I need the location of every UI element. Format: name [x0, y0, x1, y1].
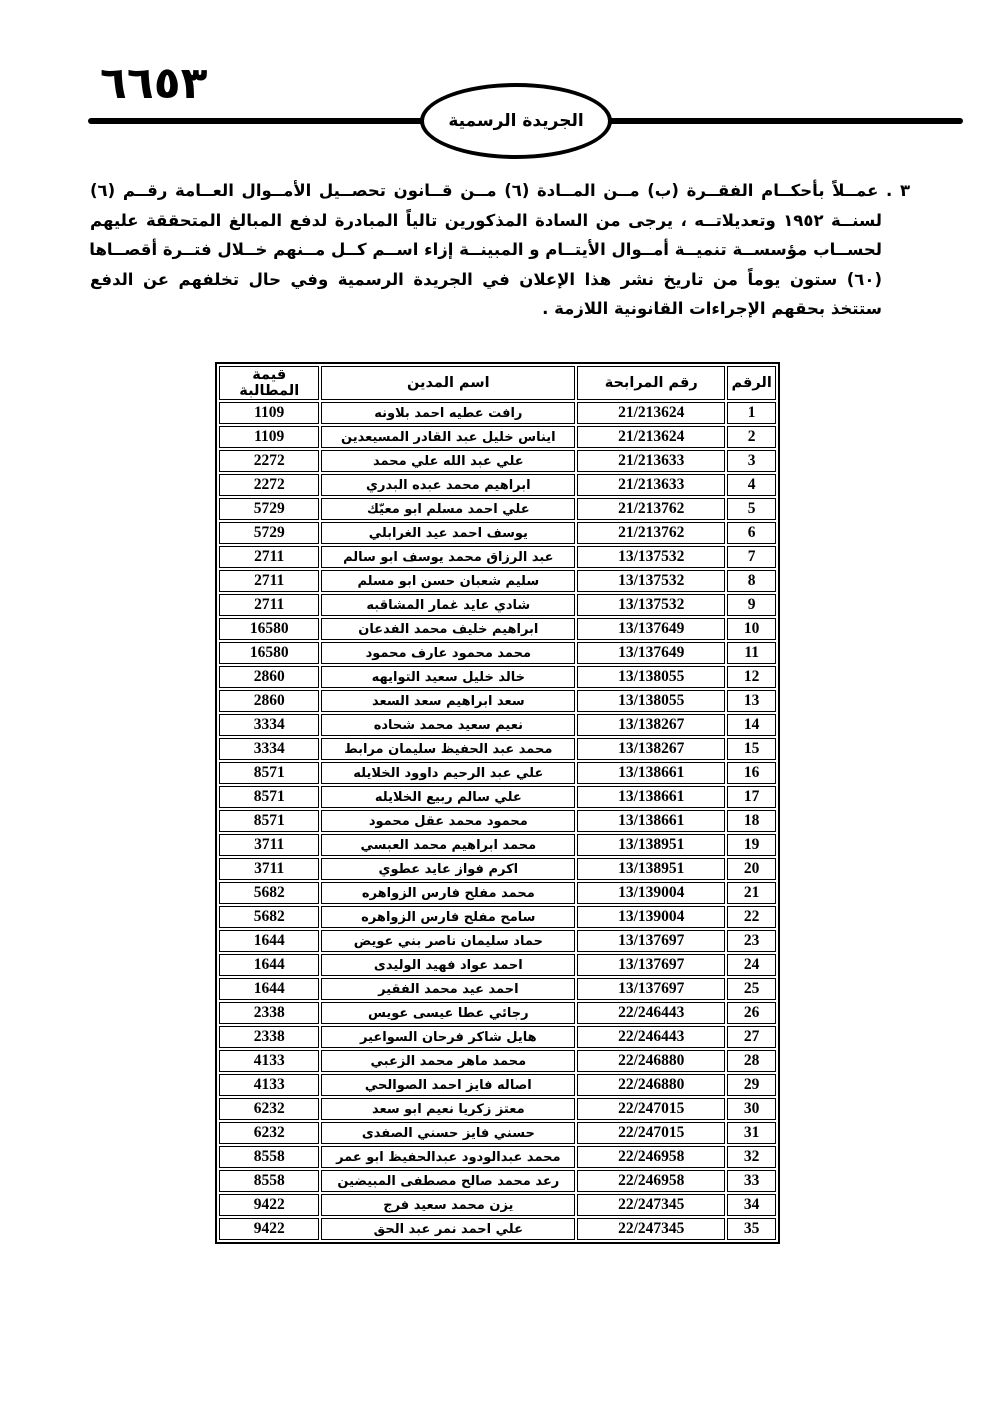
- cell-serial: 1: [727, 402, 776, 424]
- cell-debtor-name: خالد خليل سعيد التوايهه: [321, 666, 575, 688]
- table-row: 10 13/137649 ابراهيم خليف محمد الفدعان 1…: [219, 618, 776, 640]
- cell-debtor-name: علي احمد نمر عبد الحق: [321, 1218, 575, 1240]
- cell-murabaha-number: 13/137532: [577, 594, 725, 616]
- cell-debtor-name: سامح مفلح فارس الزواهره: [321, 906, 575, 928]
- cell-murabaha-number: 13/138951: [577, 858, 725, 880]
- cell-debtor-name: علي سالم ربيع الخلايله: [321, 786, 575, 808]
- cell-claim-value: 2272: [219, 450, 319, 472]
- table-row: 7 13/137532 عبد الرزاق محمد يوسف ابو سال…: [219, 546, 776, 568]
- cell-murabaha-number: 22/247345: [577, 1218, 725, 1240]
- table-row: 5 21/213762 علي احمد مسلم ابو معيّك 5729: [219, 498, 776, 520]
- header-murabaha-number: رقم المرابحة: [577, 366, 725, 400]
- cell-debtor-name: سعد ابراهيم سعد السعد: [321, 690, 575, 712]
- cell-claim-value: 8571: [219, 762, 319, 784]
- cell-debtor-name: محمد مفلح فارس الزواهره: [321, 882, 575, 904]
- cell-serial: 28: [727, 1050, 776, 1072]
- cell-claim-value: 1644: [219, 954, 319, 976]
- cell-murabaha-number: 13/138055: [577, 666, 725, 688]
- table-row: 12 13/138055 خالد خليل سعيد التوايهه 286…: [219, 666, 776, 688]
- cell-debtor-name: محمود محمد عقل محمود: [321, 810, 575, 832]
- cell-claim-value: 8558: [219, 1146, 319, 1168]
- cell-serial: 26: [727, 1002, 776, 1024]
- cell-murabaha-number: 13/137697: [577, 930, 725, 952]
- cell-serial: 24: [727, 954, 776, 976]
- cell-serial: 30: [727, 1098, 776, 1120]
- table-row: 15 13/138267 محمد عبد الحفيظ سليمان مراب…: [219, 738, 776, 760]
- cell-murabaha-number: 22/246443: [577, 1002, 725, 1024]
- cell-murabaha-number: 13/138267: [577, 714, 725, 736]
- cell-debtor-name: محمد محمود عارف محمود: [321, 642, 575, 664]
- cell-debtor-name: اصاله فايز احمد الصوالحي: [321, 1074, 575, 1096]
- cell-claim-value: 2711: [219, 570, 319, 592]
- cell-serial: 19: [727, 834, 776, 856]
- cell-claim-value: 4133: [219, 1074, 319, 1096]
- cell-claim-value: 5729: [219, 522, 319, 544]
- cell-claim-value: 2860: [219, 690, 319, 712]
- cell-serial: 13: [727, 690, 776, 712]
- cell-murabaha-number: 22/247015: [577, 1122, 725, 1144]
- cell-claim-value: 16580: [219, 642, 319, 664]
- table-row: 29 22/246880 اصاله فايز احمد الصوالحي 41…: [219, 1074, 776, 1096]
- cell-serial: 12: [727, 666, 776, 688]
- notice-line: لسنــة ١٩٥٢ وتعديلاتــه ، يرجى من السادة…: [90, 206, 910, 236]
- cell-debtor-name: معتز زكريا نعيم ابو سعد: [321, 1098, 575, 1120]
- table-row: 26 22/246443 رجائي عطا عيسى عويس 2338: [219, 1002, 776, 1024]
- cell-serial: 4: [727, 474, 776, 496]
- cell-serial: 16: [727, 762, 776, 784]
- gazette-title-badge: الجريدة الرسمية: [420, 83, 612, 159]
- cell-serial: 18: [727, 810, 776, 832]
- cell-murabaha-number: 22/247345: [577, 1194, 725, 1216]
- cell-debtor-name: محمد ماهر محمد الزعبي: [321, 1050, 575, 1072]
- cell-murabaha-number: 13/138267: [577, 738, 725, 760]
- cell-claim-value: 5682: [219, 882, 319, 904]
- cell-serial: 23: [727, 930, 776, 952]
- cell-debtor-name: ابراهيم محمد عبده البدري: [321, 474, 575, 496]
- cell-murabaha-number: 13/137649: [577, 642, 725, 664]
- cell-debtor-name: يوسف احمد عيد الغرابلي: [321, 522, 575, 544]
- cell-claim-value: 4133: [219, 1050, 319, 1072]
- cell-claim-value: 6232: [219, 1098, 319, 1120]
- cell-claim-value: 16580: [219, 618, 319, 640]
- cell-debtor-name: يزن محمد سعيد فرج: [321, 1194, 575, 1216]
- cell-serial: 15: [727, 738, 776, 760]
- table-row: 3 21/213633 علي عبد الله علي محمد 2272: [219, 450, 776, 472]
- cell-debtor-name: محمد ابراهيم محمد العبسي: [321, 834, 575, 856]
- cell-serial: 7: [727, 546, 776, 568]
- cell-serial: 5: [727, 498, 776, 520]
- cell-serial: 9: [727, 594, 776, 616]
- cell-murabaha-number: 22/246958: [577, 1146, 725, 1168]
- cell-debtor-name: سليم شعبان حسن ابو مسلم: [321, 570, 575, 592]
- table-row: 23 13/137697 حماد سليمان ناصر بني عويض 1…: [219, 930, 776, 952]
- cell-murabaha-number: 22/246880: [577, 1074, 725, 1096]
- table-row: 22 13/139004 سامح مفلح فارس الزواهره 568…: [219, 906, 776, 928]
- cell-claim-value: 2272: [219, 474, 319, 496]
- cell-debtor-name: رافت عطيه احمد بلاونه: [321, 402, 575, 424]
- cell-debtor-name: ابراهيم خليف محمد الفدعان: [321, 618, 575, 640]
- table-row: 25 13/137697 احمد عيد محمد الفقير 1644: [219, 978, 776, 1000]
- cell-debtor-name: حسني فايز حسني الصفدى: [321, 1122, 575, 1144]
- cell-serial: 8: [727, 570, 776, 592]
- cell-murabaha-number: 13/137532: [577, 570, 725, 592]
- cell-murabaha-number: 21/213624: [577, 402, 725, 424]
- cell-debtor-name: هايل شاكر فرحان السواعير: [321, 1026, 575, 1048]
- table-row: 34 22/247345 يزن محمد سعيد فرج 9422: [219, 1194, 776, 1216]
- cell-debtor-name: محمد عبد الحفيظ سليمان مرابط: [321, 738, 575, 760]
- cell-claim-value: 1109: [219, 426, 319, 448]
- table-header-row: الرقم رقم المرابحة اسم المدين قيمة المطا…: [219, 366, 776, 400]
- table-row: 35 22/247345 علي احمد نمر عبد الحق 9422: [219, 1218, 776, 1240]
- cell-claim-value: 5729: [219, 498, 319, 520]
- cell-murabaha-number: 22/246880: [577, 1050, 725, 1072]
- table-row: 18 13/138661 محمود محمد عقل محمود 8571: [219, 810, 776, 832]
- cell-debtor-name: ايناس خليل عبد القادر المسيعدين: [321, 426, 575, 448]
- cell-claim-value: 9422: [219, 1218, 319, 1240]
- cell-murabaha-number: 21/213762: [577, 522, 725, 544]
- cell-serial: 17: [727, 786, 776, 808]
- cell-claim-value: 8571: [219, 786, 319, 808]
- cell-claim-value: 1109: [219, 402, 319, 424]
- cell-serial: 2: [727, 426, 776, 448]
- notice-paragraph: ٣ . عمــلاً بأحكــام الفقــرة (ب) مــن ا…: [90, 176, 910, 324]
- cell-murabaha-number: 21/213624: [577, 426, 725, 448]
- cell-debtor-name: رجائي عطا عيسى عويس: [321, 1002, 575, 1024]
- cell-debtor-name: اكرم فواز عايد عطوي: [321, 858, 575, 880]
- header-claim-value: قيمة المطالبة: [219, 366, 319, 400]
- cell-murabaha-number: 21/213633: [577, 474, 725, 496]
- header-debtor-name: اسم المدين: [321, 366, 575, 400]
- gazette-page: ٦٦٥٣ الجريدة الرسمية ٣ . عمــلاً بأحكــا…: [0, 0, 1000, 1413]
- cell-serial: 10: [727, 618, 776, 640]
- cell-claim-value: 2860: [219, 666, 319, 688]
- table-row: 31 22/247015 حسني فايز حسني الصفدى 6232: [219, 1122, 776, 1144]
- cell-serial: 34: [727, 1194, 776, 1216]
- table-row: 32 22/246958 محمد عبدالودود عبدالحفيظ اب…: [219, 1146, 776, 1168]
- cell-murabaha-number: 21/213633: [577, 450, 725, 472]
- table-row: 24 13/137697 احمد عواد فهيد الوليدى 1644: [219, 954, 776, 976]
- cell-murabaha-number: 13/138661: [577, 762, 725, 784]
- cell-debtor-name: عبد الرزاق محمد يوسف ابو سالم: [321, 546, 575, 568]
- table-row: 33 22/246958 رعد محمد صالح مصطفى المبيضي…: [219, 1170, 776, 1192]
- cell-murabaha-number: 21/213762: [577, 498, 725, 520]
- cell-murabaha-number: 13/137649: [577, 618, 725, 640]
- cell-debtor-name: حماد سليمان ناصر بني عويض: [321, 930, 575, 952]
- table-row: 9 13/137532 شادي عايد غمار المشاقبه 2711: [219, 594, 776, 616]
- notice-line: ستتخذ بحقهم الإجراءات القانونية اللازمة …: [90, 294, 910, 324]
- cell-serial: 27: [727, 1026, 776, 1048]
- cell-serial: 25: [727, 978, 776, 1000]
- cell-claim-value: 3334: [219, 714, 319, 736]
- table-row: 1 21/213624 رافت عطيه احمد بلاونه 1109: [219, 402, 776, 424]
- cell-serial: 6: [727, 522, 776, 544]
- page-number: ٦٦٥٣: [100, 62, 207, 106]
- cell-claim-value: 8571: [219, 810, 319, 832]
- cell-murabaha-number: 13/137532: [577, 546, 725, 568]
- cell-claim-value: 5682: [219, 906, 319, 928]
- cell-serial: 14: [727, 714, 776, 736]
- table-row: 19 13/138951 محمد ابراهيم محمد العبسي 37…: [219, 834, 776, 856]
- cell-murabaha-number: 13/138951: [577, 834, 725, 856]
- table-row: 20 13/138951 اكرم فواز عايد عطوي 3711: [219, 858, 776, 880]
- cell-debtor-name: علي عبد الرحيم داوود الخلايله: [321, 762, 575, 784]
- cell-murabaha-number: 13/139004: [577, 882, 725, 904]
- cell-murabaha-number: 22/246958: [577, 1170, 725, 1192]
- cell-claim-value: 3711: [219, 858, 319, 880]
- notice-line: لحســاب مؤسســة تنميــة أمــوال الأيتــا…: [90, 235, 910, 265]
- cell-debtor-name: علي احمد مسلم ابو معيّك: [321, 498, 575, 520]
- cell-claim-value: 3334: [219, 738, 319, 760]
- cell-murabaha-number: 13/139004: [577, 906, 725, 928]
- table-row: 13 13/138055 سعد ابراهيم سعد السعد 2860: [219, 690, 776, 712]
- cell-claim-value: 6232: [219, 1122, 319, 1144]
- cell-claim-value: 1644: [219, 930, 319, 952]
- cell-claim-value: 2338: [219, 1002, 319, 1024]
- cell-serial: 20: [727, 858, 776, 880]
- table-row: 27 22/246443 هايل شاكر فرحان السواعير 23…: [219, 1026, 776, 1048]
- cell-claim-value: 2338: [219, 1026, 319, 1048]
- cell-serial: 35: [727, 1218, 776, 1240]
- cell-murabaha-number: 13/137697: [577, 954, 725, 976]
- cell-claim-value: 2711: [219, 594, 319, 616]
- cell-debtor-name: احمد عواد فهيد الوليدى: [321, 954, 575, 976]
- cell-serial: 32: [727, 1146, 776, 1168]
- debtors-table: الرقم رقم المرابحة اسم المدين قيمة المطا…: [215, 362, 780, 1244]
- gazette-title: الجريدة الرسمية: [448, 111, 583, 131]
- cell-serial: 33: [727, 1170, 776, 1192]
- cell-serial: 29: [727, 1074, 776, 1096]
- cell-murabaha-number: 13/137697: [577, 978, 725, 1000]
- cell-claim-value: 2711: [219, 546, 319, 568]
- cell-murabaha-number: 13/138661: [577, 810, 725, 832]
- cell-claim-value: 3711: [219, 834, 319, 856]
- table-row: 4 21/213633 ابراهيم محمد عبده البدري 227…: [219, 474, 776, 496]
- cell-debtor-name: علي عبد الله علي محمد: [321, 450, 575, 472]
- cell-murabaha-number: 22/247015: [577, 1098, 725, 1120]
- table-row: 2 21/213624 ايناس خليل عبد القادر المسيع…: [219, 426, 776, 448]
- table-row: 14 13/138267 نعيم سعيد محمد شحاده 3334: [219, 714, 776, 736]
- cell-debtor-name: شادي عايد غمار المشاقبه: [321, 594, 575, 616]
- cell-debtor-name: محمد عبدالودود عبدالحفيظ ابو عمر: [321, 1146, 575, 1168]
- table-row: 6 21/213762 يوسف احمد عيد الغرابلي 5729: [219, 522, 776, 544]
- table-row: 28 22/246880 محمد ماهر محمد الزعبي 4133: [219, 1050, 776, 1072]
- cell-debtor-name: رعد محمد صالح مصطفى المبيضين: [321, 1170, 575, 1192]
- cell-serial: 22: [727, 906, 776, 928]
- cell-claim-value: 9422: [219, 1194, 319, 1216]
- cell-serial: 31: [727, 1122, 776, 1144]
- notice-line: ٣ . عمــلاً بأحكــام الفقــرة (ب) مــن ا…: [90, 176, 910, 206]
- table-row: 21 13/139004 محمد مفلح فارس الزواهره 568…: [219, 882, 776, 904]
- cell-debtor-name: نعيم سعيد محمد شحاده: [321, 714, 575, 736]
- cell-serial: 3: [727, 450, 776, 472]
- header-serial: الرقم: [727, 366, 776, 400]
- notice-line: (٦٠) ستون يوماً من تاريخ نشر هذا الإعلان…: [90, 265, 910, 295]
- cell-claim-value: 1644: [219, 978, 319, 1000]
- table-row: 17 13/138661 علي سالم ربيع الخلايله 8571: [219, 786, 776, 808]
- table-row: 30 22/247015 معتز زكريا نعيم ابو سعد 623…: [219, 1098, 776, 1120]
- cell-claim-value: 8558: [219, 1170, 319, 1192]
- cell-serial: 11: [727, 642, 776, 664]
- table-row: 16 13/138661 علي عبد الرحيم داوود الخلاي…: [219, 762, 776, 784]
- cell-murabaha-number: 22/246443: [577, 1026, 725, 1048]
- cell-murabaha-number: 13/138055: [577, 690, 725, 712]
- table-row: 8 13/137532 سليم شعبان حسن ابو مسلم 2711: [219, 570, 776, 592]
- table-row: 11 13/137649 محمد محمود عارف محمود 16580: [219, 642, 776, 664]
- cell-debtor-name: احمد عيد محمد الفقير: [321, 978, 575, 1000]
- cell-serial: 21: [727, 882, 776, 904]
- cell-murabaha-number: 13/138661: [577, 786, 725, 808]
